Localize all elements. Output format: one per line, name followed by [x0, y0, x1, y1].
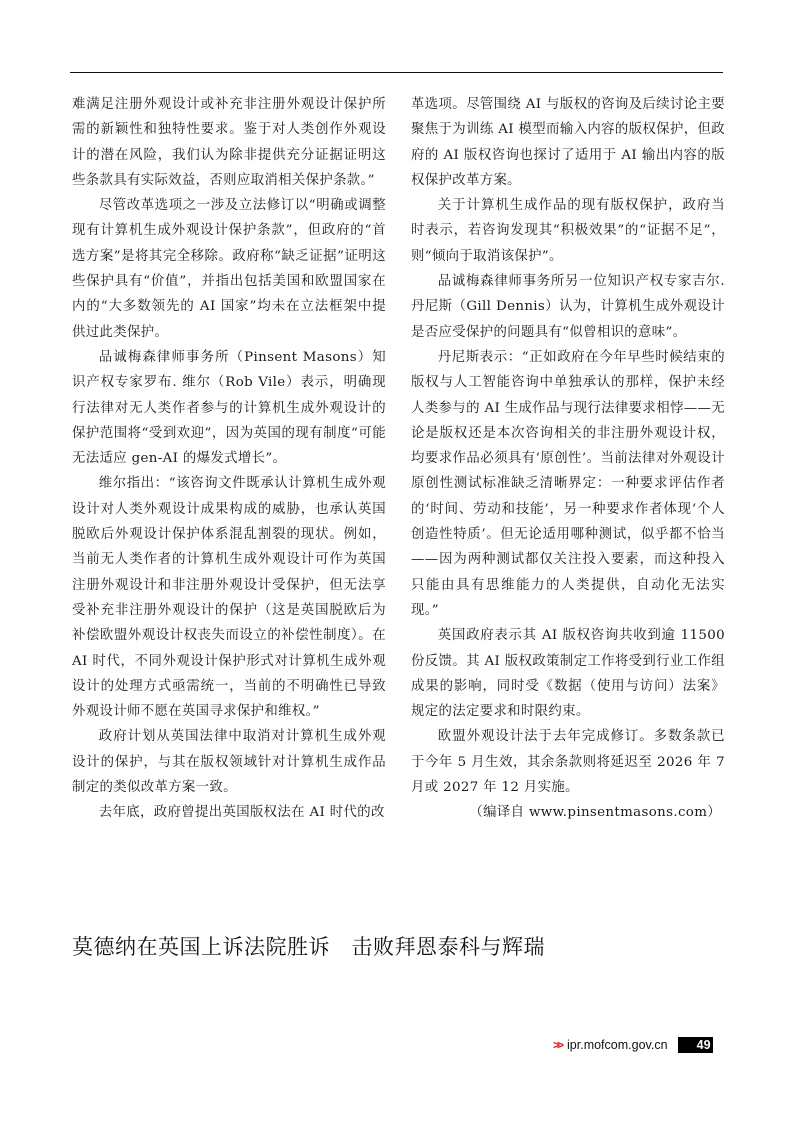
paragraph: 丹尼斯表示：“正如政府在今年早些时候结束的版权与人工智能咨询中单独承认的那样，保…	[411, 345, 725, 623]
page-number: 49	[678, 1037, 713, 1053]
next-article-title: 莫德纳在英国上诉法院胜诉 击败拜恩泰科与辉瑞	[72, 931, 545, 961]
paragraph: 尽管改革选项之一涉及立法修订以“明确或调整现有计算机生成外观设计保护条款”，但政…	[72, 193, 386, 345]
paragraph: 维尔指出：“该咨询文件既承认计算机生成外观设计对人类外观设计成果构成的威胁，也承…	[72, 471, 386, 724]
paragraph: 关于计算机生成作品的现有版权保护，政府当时表示，若咨询发现其“积极效果”的“证据…	[411, 193, 725, 269]
footer-site-link[interactable]: ipr.mofcom.gov.cn	[567, 1038, 668, 1052]
paragraph: 英国政府表示其 AI 版权咨询共收到逾 11500 份反馈。其 AI 版权政策制…	[411, 623, 725, 724]
source-note: （编译自 www.pinsentmasons.com）	[411, 800, 725, 825]
right-column: 革选项。尽管围绕 AI 与版权的咨询及后续讨论主要聚焦于为训练 AI 模型而输入…	[411, 92, 725, 826]
header-rule	[70, 72, 723, 73]
paragraph: 品诚梅森律师事务所（Pinsent Masons）知识产权专家罗布. 维尔（Ro…	[72, 345, 386, 471]
paragraph: 难满足注册外观设计或补充非注册外观设计保护所需的新颖性和独特性要求。鉴于对人类创…	[72, 92, 386, 193]
page-footer: >> ipr.mofcom.gov.cn 49	[553, 1036, 713, 1053]
paragraph: 革选项。尽管围绕 AI 与版权的咨询及后续讨论主要聚焦于为训练 AI 模型而输入…	[411, 92, 725, 193]
paragraph: 品诚梅森律师事务所另一位知识产权专家吉尔. 丹尼斯（Gill Dennis）认为…	[411, 269, 725, 345]
paragraph: 政府计划从英国法律中取消对计算机生成外观设计的保护，与其在版权领域针对计算机生成…	[72, 724, 386, 800]
paragraph: 去年底，政府曾提出英国版权法在 AI 时代的改	[72, 800, 386, 825]
double-chevron-right-icon: >>	[553, 1038, 564, 1052]
paragraph: 欧盟外观设计法于去年完成修订。多数条款已于今年 5 月生效，其余条款则将延迟至 …	[411, 724, 725, 800]
left-column: 难满足注册外观设计或补充非注册外观设计保护所需的新颖性和独特性要求。鉴于对人类创…	[72, 92, 386, 826]
